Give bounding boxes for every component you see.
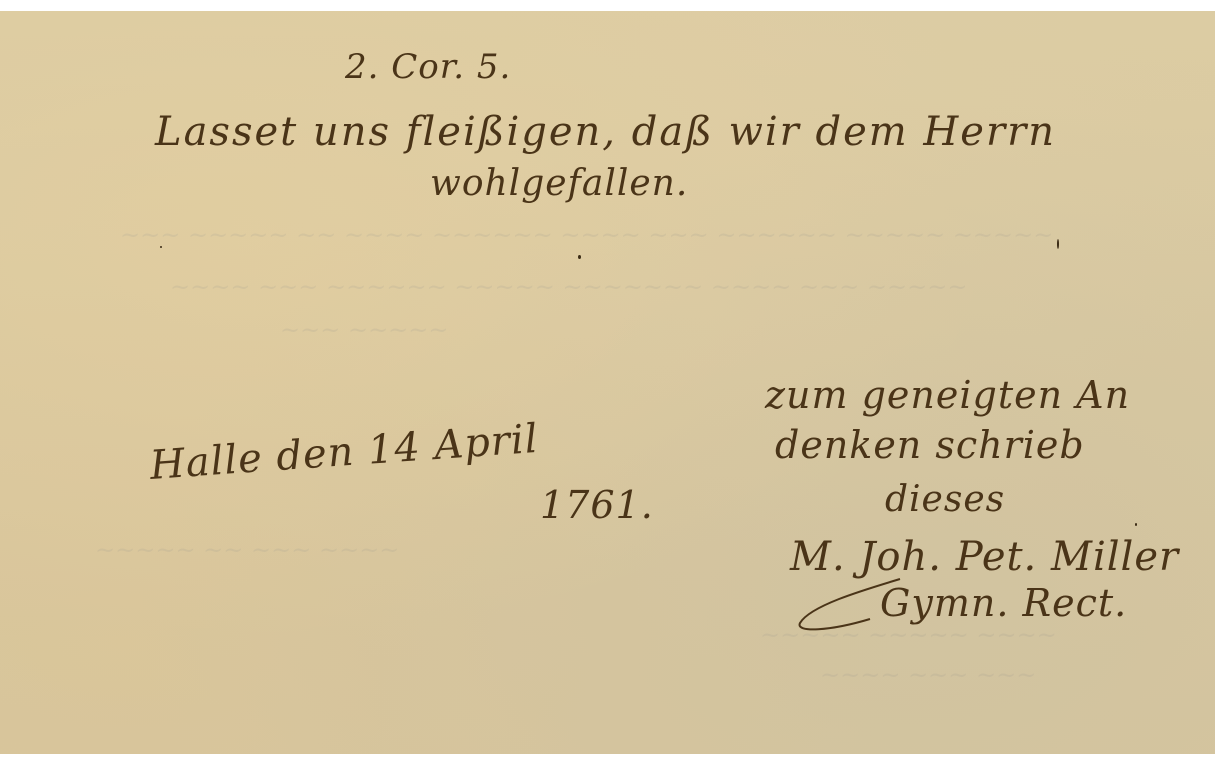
scripture-reference: 2. Cor. 5. xyxy=(345,47,511,87)
manuscript-page: ~~~ ~~~~~ ~~ ~~~~ ~~~~~~ ~~~~ ~~~ ~~~~~~… xyxy=(0,11,1215,754)
dedication-line-1: zum geneigten An xyxy=(765,373,1130,417)
ink-speck xyxy=(578,255,581,259)
verse-line-2: wohlgefallen. xyxy=(430,163,688,204)
bleed-through-text: ~~~ ~~~~~ ~~ ~~~~ ~~~~~~ ~~~~ ~~~ ~~~~~~… xyxy=(120,221,1053,249)
dedication-line-2: denken schrieb xyxy=(775,423,1085,467)
dedication-line-3: dieses xyxy=(885,479,1005,520)
ink-speck xyxy=(1057,239,1059,249)
place-and-date: Halle den 14 April xyxy=(148,416,540,489)
year: 1761. xyxy=(540,483,654,527)
bleed-through-text: ~~~~ ~~~ ~~~ xyxy=(820,661,1036,689)
verse-line-1: Lasset uns fleißigen, daß wir dem Herrn xyxy=(155,109,1056,155)
ink-speck xyxy=(160,246,162,248)
bleed-through-text: ~~~~ ~~~ ~~~~~~ ~~~~~ ~~~~~~~ ~~~~ ~~~ ~… xyxy=(170,273,967,301)
bleed-through-text: ~~~ ~~~~~ xyxy=(280,316,449,344)
ink-speck xyxy=(1135,523,1137,526)
signature-flourish xyxy=(790,571,940,641)
bleed-through-text: ~~~~~ ~~ ~~~ ~~~~ xyxy=(95,536,399,564)
